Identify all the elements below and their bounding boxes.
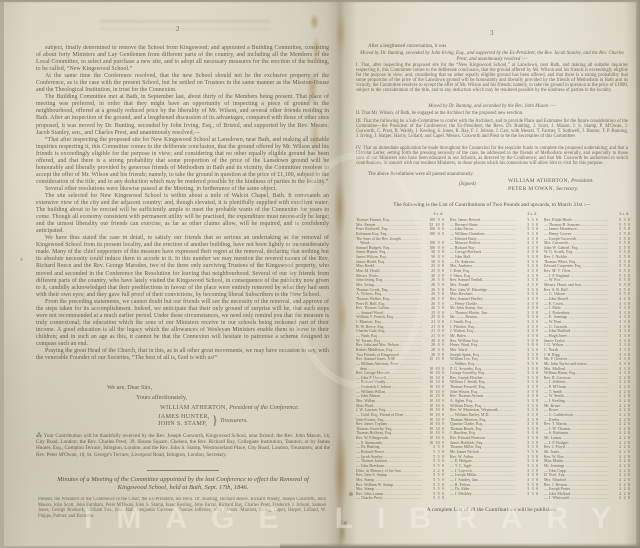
contribution-amount: 3 3 0 [516,492,538,497]
ink-bleedthrough [100,20,270,34]
paragraph: Praying the great Head of the Church, th… [36,348,329,362]
scanned-document-spread: { "left_page": { "page_number": "2", "pa… [0,0,640,548]
signature-role: President. [571,178,594,184]
contribution-list-heading: The following is the List of Contributio… [350,202,634,208]
passed-line: The above Resolutions were all passed un… [368,172,474,177]
contribution-row: — Charles Prest5 5 0 [356,496,444,501]
paragraph: subject, finally determined to remove th… [36,45,329,73]
intro-line: After a lengthened conversation, it was [368,44,446,49]
footnote-text: Your Contribution will be thankfully rec… [36,433,330,458]
contribution-rows: Rev. James Hewett3 3 0 — Bernard Slater3… [450,218,538,502]
scan-edge-right [635,0,640,548]
page-number-right: 3 [490,29,494,37]
signature-name: WILLIAM ATHERTON, [508,178,570,184]
president-signature: WILLIAM ATHERTON, President of the Confe… [160,404,299,411]
contribution-rows: Thomas Farmer, Esq.105 0 0 Mrs. Farmer52… [356,218,444,502]
paragraph: We have thus stated the case in detail, … [36,235,329,298]
contribution-amount: 2 2 0 [608,496,630,501]
paragraph: Several other resolutions were likewise … [36,186,329,193]
paragraph: “That after inspecting the proposed site… [36,137,329,186]
contribution-row: — J. Whitworth2 2 0 [544,496,630,501]
closing-yours: Yours affectionately, [136,394,187,401]
contribution-amount: 5 5 0 [422,496,444,501]
section-rule [147,470,219,471]
money-column-header: £ s. d. [450,211,538,218]
signature-line: PETER M'OWAN, Secretary. [508,185,594,193]
paragraph: The site selected for New Kingswood Scho… [36,193,329,235]
treasurer-name: JAMES HUNTER, [158,413,210,420]
dot-leader [569,496,608,501]
dot-leader [472,492,516,497]
contribution-footnote: ⁂ Your Contribution will be thankfully r… [36,433,330,458]
president-role: President of the Conference. [229,404,299,411]
resolution-3: III. That the following be a Sub-Committ… [356,120,628,140]
resolution-1: I. That, after inspecting the proposed s… [356,64,628,94]
treasurers-label: Treasurers. [220,417,248,424]
contribution-column-3: £ s. d. Rev. Elijah Hoole5 5 0 — Thomas … [544,211,630,502]
binding-gutter [326,0,356,548]
paragraph: At the same time the Conference resolved… [36,73,329,94]
contribution-row: — J. Methley3 3 0 [450,492,538,497]
signature-role: Secretary. [556,186,578,192]
moved-resolved-1: Moved by Dr. Bunting, seconded by John I… [356,51,628,62]
right-signatures: WILLIAM ATHERTON, President. PETER M'OWA… [508,177,594,193]
treasurer-name: JOHN S. STAMP, [158,420,210,427]
resolution-2: II. That Mr. Wilson, of Bath, be engaged… [356,112,628,117]
brace-glyph: } [212,412,218,428]
page-number-left: 2 [176,25,180,33]
minutes-present-list: Present, the President of the Conference… [38,497,326,523]
resolution-4: IV. That an immediate application be mad… [356,147,628,167]
contributor-name: — J. Whitworth [544,496,569,501]
contribution-amount: 15 15 0 [422,357,444,362]
paragraph: The Building Committee met at Bath, in S… [36,94,329,136]
left-body-text: subject, finally determined to remove th… [36,45,329,381]
signature-line: WILLIAM ATHERTON, President. [508,177,594,185]
president-name: WILLIAM ATHERTON, [160,404,228,411]
contributor-name: — J. Methley [450,492,472,497]
contribution-rows: Rev. Elijah Hoole5 5 0 — Thomas B. Symon… [544,218,630,502]
contributor-name: — Charles Prest [356,496,382,501]
money-column-header: £ s. d. [356,211,444,218]
treasurers-block: JAMES HUNTER,JOHN S. STAMP, } Treasurers… [158,412,248,428]
scan-edge-top [0,0,640,3]
scan-edge-bottom [280,543,640,548]
signature-name: PETER M'OWAN, [508,186,555,192]
list-caption: A complete List of all the Contributions… [350,507,634,513]
contribution-column-1: £ s. d. Thomas Farmer, Esq.105 0 0 Mrs. … [356,211,444,502]
signed-label: (Signed) [459,182,476,187]
money-column-header: £ s. d. [544,211,630,218]
dot-leader [382,496,422,501]
paragraph: From the preceding statements, we cannot… [36,299,329,348]
contribution-amount: 100 0 0 [422,232,444,237]
minutes-heading: Minutes of a Meeting of the Committee ap… [42,476,324,492]
document-spread: 2 subject, finally determined to remove … [0,0,640,548]
moved-resolved-2: Moved by Dr. Bunting, and seconded by th… [356,104,628,110]
closing-we-are: We are, Dear Sirs, [107,384,152,391]
contribution-column-2: £ s. d. Rev. James Hewett3 3 0 — Bernard… [450,211,538,502]
